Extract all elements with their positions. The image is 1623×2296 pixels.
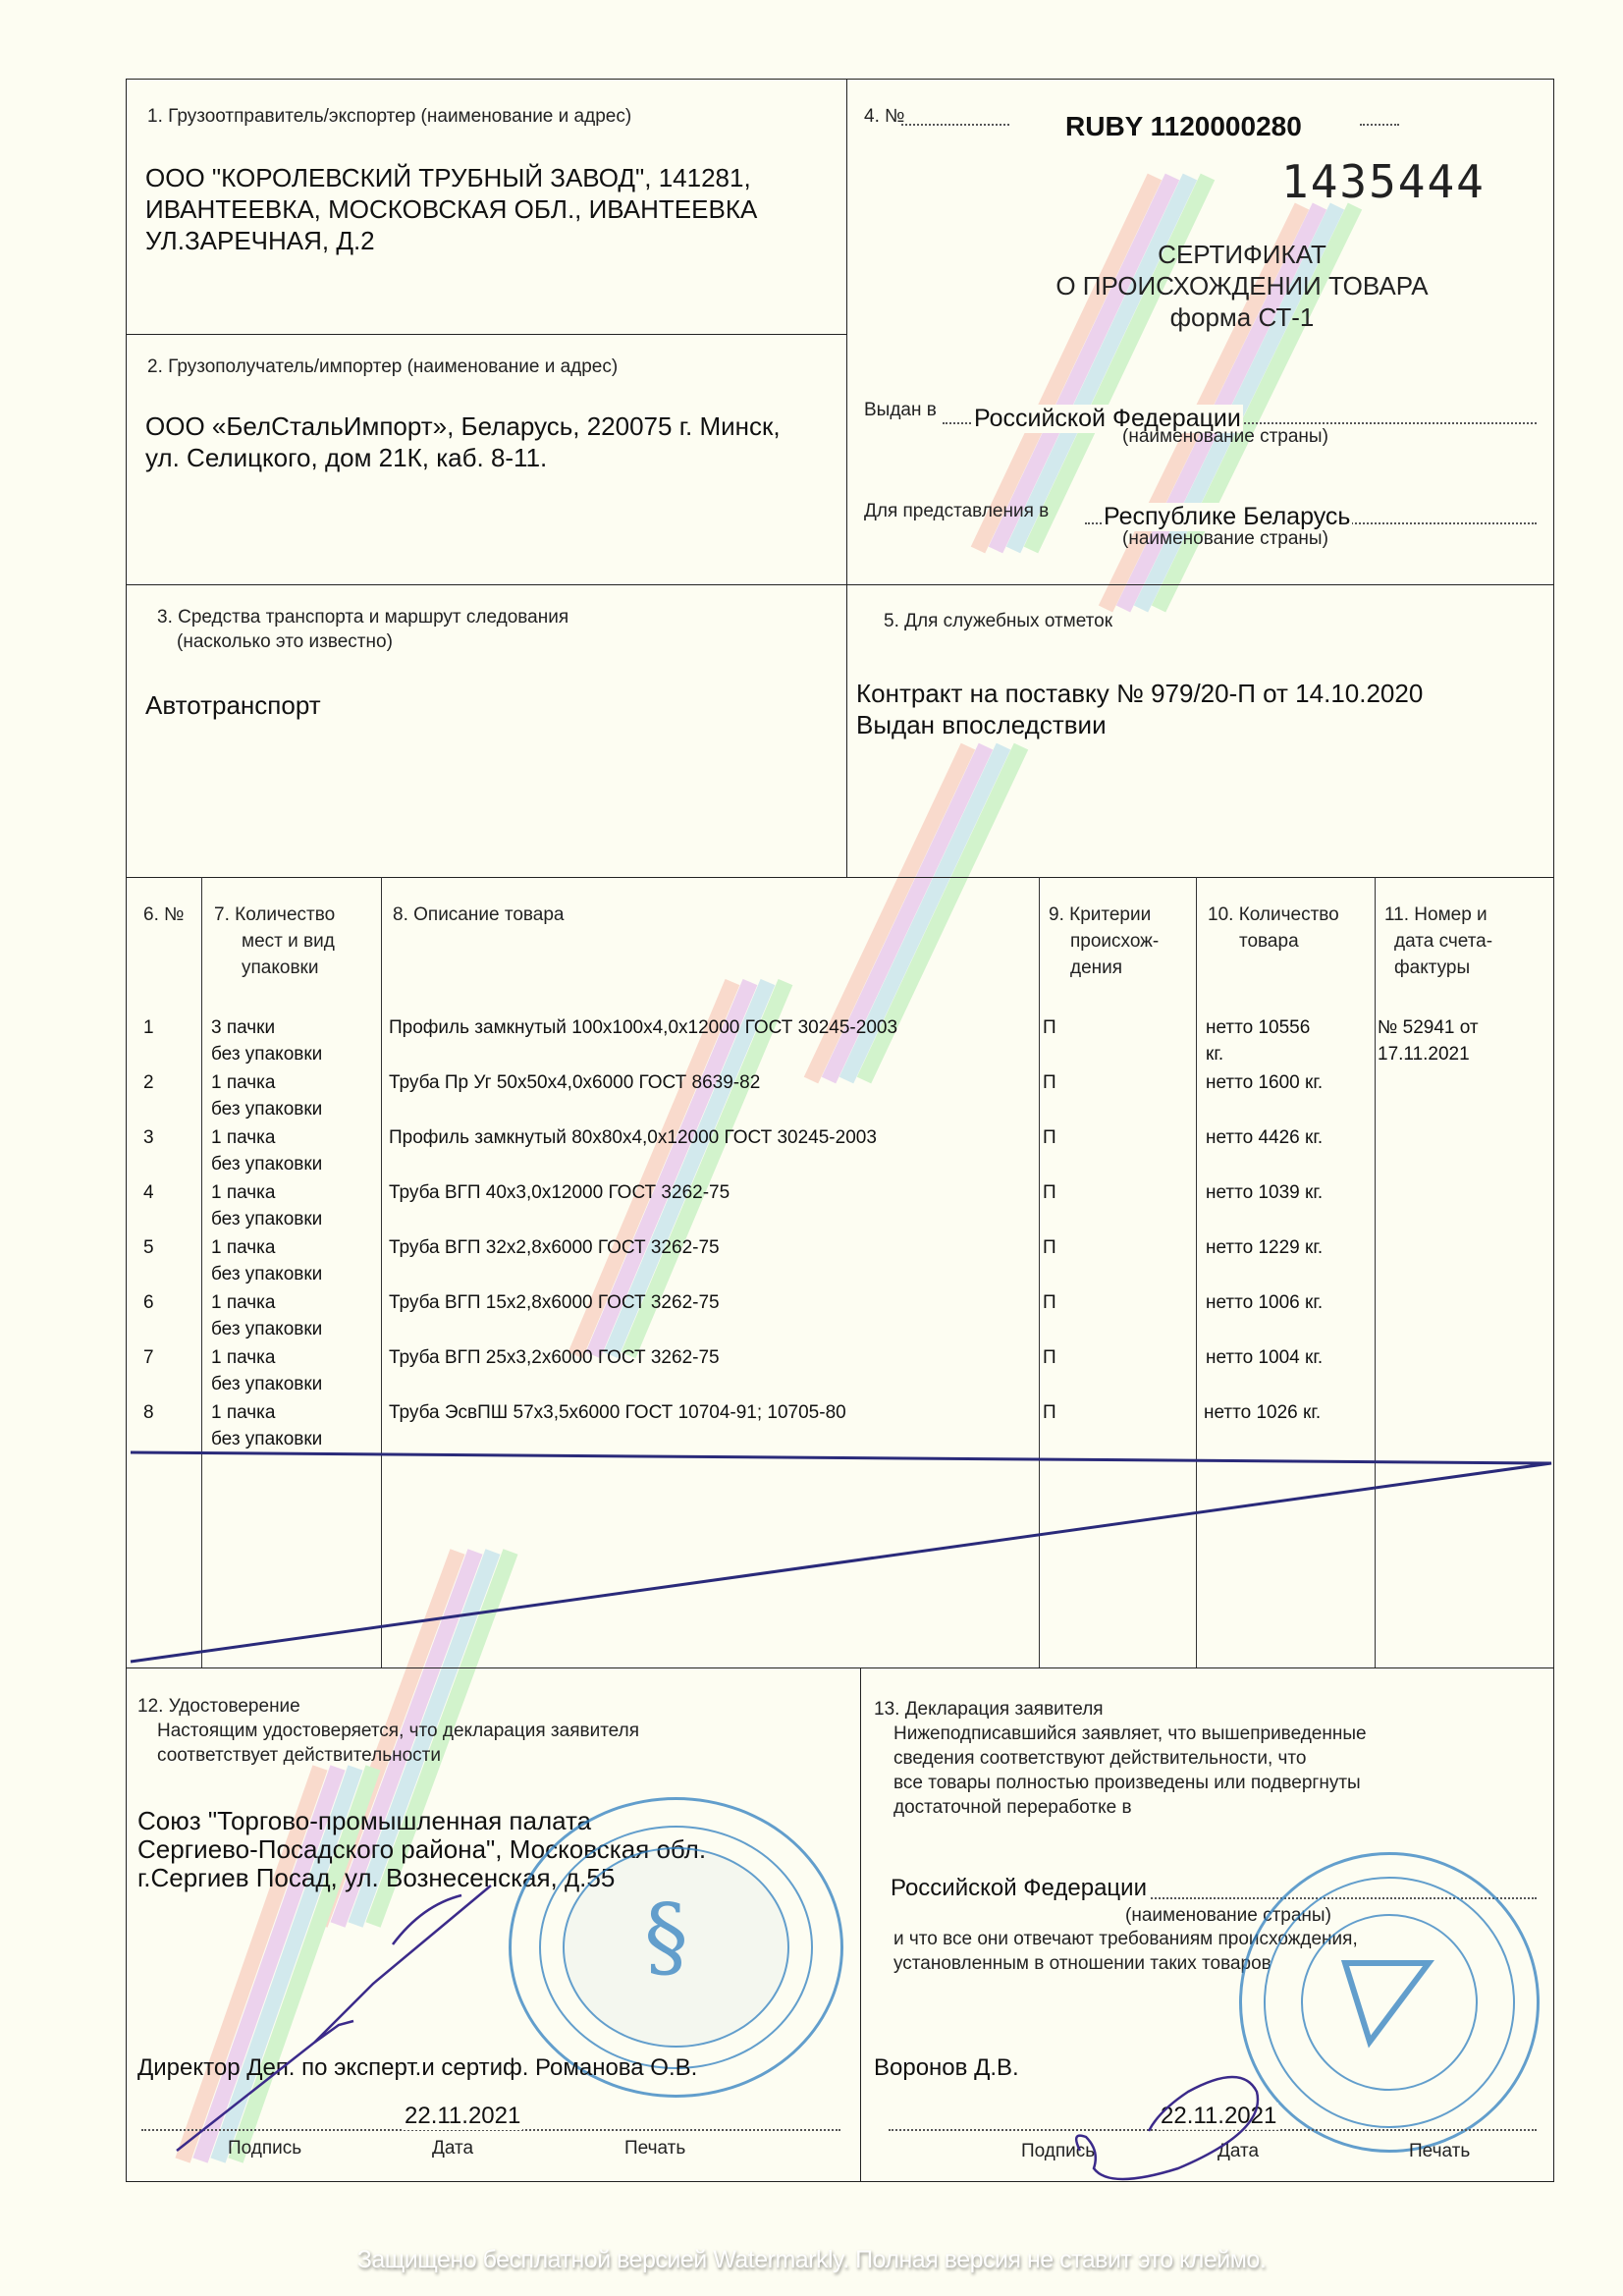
row-packages: 1 пачка [211,1289,275,1316]
serial-number: 1435444 [1281,155,1486,208]
table-col-line [201,877,202,1667]
row-packages: 1 пачка [211,1124,275,1151]
row-number: 5 [143,1234,154,1261]
declarant-date: 22.11.2021 [1159,2103,1278,2130]
table-col-line [1039,877,1040,1667]
remarks-line-2: Выдан впоследствии [856,709,1107,740]
number-dots-left [901,124,1009,126]
row-packaging: без упаковки [211,1316,322,1342]
row-quantity-unit: кг. [1206,1041,1223,1067]
certificate-number: RUBY 1120000280 [1065,111,1302,142]
origin-country: Российской Федерации [889,1875,1149,1902]
divider-box3-table [126,877,1554,878]
row-quantity: нетто 4426 кг. [1206,1124,1323,1151]
chamber-line-1: Союз "Торгово-промышленная палата [137,1805,591,1836]
issued-in-label: Выдан в [864,400,937,421]
company-stamp [1239,1852,1540,2153]
row-criteria: П [1043,1069,1056,1096]
for-country: Республике Беларусь [1102,503,1352,531]
row-packaging: без упаковки [211,1041,322,1067]
box13-text-1: Нижеподписавшийся заявляет, что вышеприв… [893,1723,1367,1745]
chamber-signer: Директор Деп. по эксперт.и сертиф. Роман… [137,2054,697,2082]
row-packages: 1 пачка [211,1399,275,1426]
chamber-seal-label: Печать [624,2138,685,2159]
row-packages: 3 пачки [211,1014,275,1041]
chamber-stamp: § [509,1797,843,2098]
divider-box12-box13 [860,1667,861,2182]
col-header-packages-1: 7. Количество [214,902,335,928]
row-description: Труба ВГП 40х3,0х12000 ГОСТ 3262-75 [389,1179,730,1206]
box12-text-2: соответствует действительности [157,1745,441,1767]
col-header-invoice-2: дата счета- [1394,928,1492,955]
box13-after-2: установленным в отношении таких товаров [893,1953,1271,1975]
row-packaging: без упаковки [211,1151,322,1177]
title-line-2: О ПРОИСХОЖДЕНИИ ТОВАРА [982,270,1502,301]
exporter-line-3: УЛ.ЗАРЕЧНАЯ, Д.2 [145,225,375,256]
box3-label: 3. Средства транспорта и маршрут следова… [157,607,568,629]
box3-sublabel: (насколько это известно) [177,631,393,653]
table-col-line [1196,877,1197,1667]
row-invoice-date: 17.11.2021 [1378,1041,1470,1067]
row-number: 4 [143,1179,154,1206]
col-header-quantity-2: товара [1239,928,1299,955]
col-header-quantity-1: 10. Количество [1208,902,1339,928]
row-quantity: нетто 1039 кг. [1206,1179,1323,1206]
declarant-date-label: Дата [1217,2141,1259,2162]
divider-box1-box2 [126,334,846,335]
row-quantity: нетто 1026 кг. [1204,1399,1321,1426]
row-criteria: П [1043,1179,1056,1206]
number-label: 4. № [864,106,905,128]
row-quantity: нетто 10556 [1206,1014,1310,1041]
box1-label: 1. Грузоотправитель/экспортер (наименова… [147,106,631,128]
col-header-criteria-3: дения [1070,955,1122,981]
col-header-criteria-1: 9. Критерии [1049,902,1151,928]
divider-table-box12 [126,1667,1554,1668]
row-description: Профиль замкнутый 100х100х4,0х12000 ГОСТ… [389,1014,897,1041]
col-header-description: 8. Описание товара [393,902,564,928]
divider-top-vertical [846,79,847,877]
row-description: Труба ВГП 15х2,8х6000 ГОСТ 3262-75 [389,1289,720,1316]
transport-value: Автотранспорт [145,689,321,721]
divider-box2-box3 [126,584,1554,585]
row-criteria: П [1043,1234,1056,1261]
box13-text-3: все товары полностью произведены или под… [893,1773,1361,1794]
importer-line-1: ООО «БелСтальИмпорт», Беларусь, 220075 г… [145,410,781,442]
row-criteria: П [1043,1014,1056,1041]
chamber-date-label: Дата [432,2138,473,2159]
row-number: 6 [143,1289,154,1316]
for-hint: (наименование страны) [1122,528,1328,550]
row-criteria: П [1043,1289,1056,1316]
declarant-signer: Воронов Д.В. [874,2054,1019,2082]
row-number: 8 [143,1399,154,1426]
col-header-packages-3: упаковки [242,955,318,981]
row-criteria: П [1043,1344,1056,1371]
importer-line-2: ул. Селицкого, дом 21К, каб. 8-11. [145,442,547,473]
row-quantity: нетто 1229 кг. [1206,1234,1323,1261]
row-criteria: П [1043,1124,1056,1151]
remarks-line-1: Контракт на поставку № 979/20-П от 14.10… [856,678,1423,709]
row-criteria: П [1043,1399,1056,1426]
chamber-signature-label: Подпись [228,2138,301,2159]
row-description: Труба ВГП 25х3,2х6000 ГОСТ 3262-75 [389,1344,720,1371]
col-header-invoice-3: фактуры [1394,955,1470,981]
row-number: 7 [143,1344,154,1371]
company-logo-icon [1330,1943,1448,2061]
row-description: Труба ВГП 32х2,8х6000 ГОСТ 3262-75 [389,1234,720,1261]
col-header-criteria-2: происхож- [1070,928,1159,955]
table-col-line [381,877,382,1667]
box5-label: 5. Для служебных отметок [884,611,1112,632]
chamber-date: 22.11.2021 [403,2103,522,2130]
number-dots-right [1360,124,1399,126]
col-header-number: 6. № [143,902,185,928]
row-packaging: без упаковки [211,1371,322,1397]
row-invoice-number: № 52941 от [1378,1014,1479,1041]
row-number: 3 [143,1124,154,1151]
col-header-invoice-1: 11. Номер и [1384,902,1488,928]
title-line-1: СЕРТИФИКАТ [982,239,1502,270]
box12-label: 12. Удостоверение [137,1696,300,1718]
caduceus-icon: § [644,1888,688,1987]
row-quantity: нетто 1004 кг. [1206,1344,1323,1371]
box13-label: 13. Декларация заявителя [874,1699,1104,1721]
row-description: Профиль замкнутый 80х80х4,0х12000 ГОСТ 3… [389,1124,877,1151]
box13-text-4: достаточной переработке в [893,1797,1132,1819]
title-line-3: форма СТ-1 [982,301,1502,333]
row-quantity: нетто 1006 кг. [1206,1289,1323,1316]
row-packages: 1 пачка [211,1069,275,1096]
exporter-line-1: ООО "КОРОЛЕВСКИЙ ТРУБНЫЙ ЗАВОД", 141281, [145,162,751,193]
issued-in-hint: (наименование страны) [1122,426,1328,448]
row-packaging: без упаковки [211,1096,322,1122]
row-packaging: без упаковки [211,1261,322,1287]
box13-text-2: сведения соответствуют действительности,… [893,1748,1306,1770]
col-header-packages-2: мест и вид [242,928,335,955]
certificate-page: 1. Грузоотправитель/экспортер (наименова… [0,0,1623,2296]
watermarkly-notice: Защищено бесплатной версией Watermarkly.… [0,2246,1623,2274]
row-number: 1 [143,1014,154,1041]
box12-text-1: Настоящим удостоверяется, что декларация… [157,1721,639,1742]
row-quantity: нетто 1600 кг. [1206,1069,1323,1096]
row-packages: 1 пачка [211,1344,275,1371]
row-description: Труба Пр Уг 50х50х4,0х6000 ГОСТ 8639-82 [389,1069,760,1096]
row-packages: 1 пачка [211,1234,275,1261]
row-packages: 1 пачка [211,1179,275,1206]
exporter-line-2: ИВАНТЕЕВКА, МОСКОВСКАЯ ОБЛ., ИВАНТЕЕВКА [145,193,757,225]
declarant-signature-label: Подпись [1021,2141,1095,2162]
row-packaging: без упаковки [211,1426,322,1452]
row-packaging: без упаковки [211,1206,322,1232]
row-number: 2 [143,1069,154,1096]
declarant-seal-label: Печать [1409,2141,1470,2162]
box2-label: 2. Грузополучатель/импортер (наименовани… [147,356,618,378]
table-col-line [1375,877,1376,1667]
row-description: Труба ЭсвПШ 57х3,5х6000 ГОСТ 10704-91; 1… [389,1399,846,1426]
for-label: Для представления в [864,501,1049,522]
